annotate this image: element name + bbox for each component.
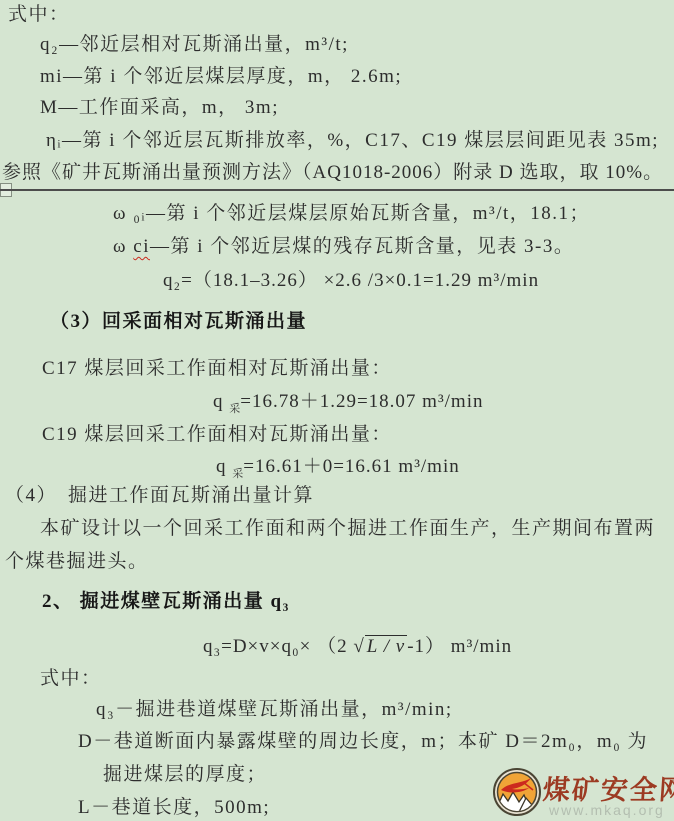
watermark-logo: 煤矿安全网 www.mkaq.org	[491, 766, 674, 821]
definition-M: M—工作面采高，m， 3m;	[40, 97, 279, 120]
heading-section-4: （4） 掘进工作面瓦斯涌出量计算	[5, 485, 314, 508]
omegaci-pre: ω	[113, 236, 133, 257]
document-page: 式中： q₂—邻近层相对瓦斯涌出量，m³/t; mi—第 i 个邻近层煤层厚度，…	[0, 0, 674, 821]
definition-q3: q₃－掘进巷道煤壁瓦斯涌出量，m³/min;	[96, 699, 453, 722]
radical-sign: √	[353, 636, 364, 657]
paragraph-design-line2: 个煤巷掘进头。	[5, 551, 149, 574]
formula-c19-pre: q	[216, 456, 232, 477]
watermark-site-url: www.mkaq.org	[549, 802, 665, 818]
formula-c17-rest: =16.78＋1.29=18.07 m³/min	[240, 391, 483, 412]
c17-label: C17 煤层回采工作面相对瓦斯涌出量：	[42, 358, 392, 381]
formula-c17-pre: q	[213, 391, 229, 412]
formula-c19: q 采=16.61＋0=16.61 m³/min	[216, 456, 460, 481]
definition-D-line1: D－巷道断面内暴露煤壁的周边长度，m；本矿 D＝2m₀，m₀ 为	[78, 731, 648, 754]
formula-intro-label-2: 式中：	[40, 668, 102, 691]
definition-omegaci: ω ci—第 i 个邻近层煤的残存瓦斯含量，见表 3-3。	[113, 236, 574, 259]
definition-D-line2: 掘进煤层的厚度；	[103, 764, 267, 787]
heading-section-3: （3）回采面相对瓦斯涌出量	[50, 311, 307, 334]
logo-badge-icon	[493, 768, 541, 816]
definition-omega0i: ω ₀ᵢ—第 i 个邻近层煤层原始瓦斯含量，m³/t，18.1；	[113, 203, 590, 226]
heading-q3: 2、 掘进煤壁瓦斯涌出量 q₃	[42, 591, 290, 614]
formula-intro-label: 式中：	[8, 4, 70, 27]
formula-q3-radicand: L / v	[365, 635, 407, 657]
formula-c19-rest: =16.61＋0=16.61 m³/min	[243, 456, 460, 477]
definition-q2: q₂—邻近层相对瓦斯涌出量，m³/t;	[40, 34, 349, 57]
definition-mi: mi—第 i 个邻近层煤层厚度，m， 2.6m;	[40, 66, 402, 89]
definition-eta: ηᵢ—第 i 个邻近层瓦斯排放率，%，C17、C19 煤层层间距见表 35m;	[46, 130, 659, 153]
reference-note: 参照《矿井瓦斯涌出量预测方法》（AQ1018-2006）附录 D 选取，取 10…	[2, 162, 663, 185]
formula-q3: q₃=D×v×q₀× （2 √L / v-1） m³/min	[203, 636, 512, 659]
c19-label: C19 煤层回采工作面相对瓦斯涌出量：	[42, 424, 392, 447]
paragraph-design-line1: 本矿设计以一个回采工作面和两个掘进工作面生产，生产期间布置两	[40, 518, 655, 541]
formula-q3-rest: -1） m³/min	[407, 636, 512, 657]
omegaci-misspelled-word: ci	[133, 236, 150, 257]
formula-c17-subscript: 采	[229, 403, 240, 415]
section-divider	[0, 189, 674, 191]
omegaci-rest: —第 i 个邻近层煤的残存瓦斯含量，见表 3-3。	[150, 236, 574, 257]
formula-c19-subscript: 采	[232, 468, 243, 480]
formula-q3-pre: q₃=D×v×q₀× （2	[203, 636, 353, 657]
definition-L: L－巷道长度，500m;	[78, 797, 270, 820]
formula-q2-calculation: q₂=（18.1–3.26） ×2.6 /3×0.1=1.29 m³/min	[163, 270, 539, 293]
formula-c17: q 采=16.78＋1.29=18.07 m³/min	[213, 391, 484, 416]
